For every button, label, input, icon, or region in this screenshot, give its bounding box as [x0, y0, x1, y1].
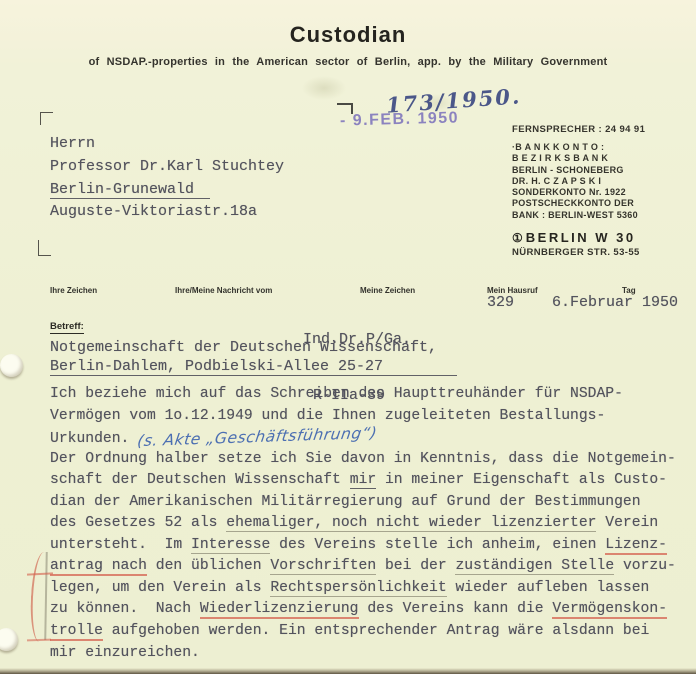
body-text: bei der	[376, 558, 455, 574]
body-text: des Vereins kann die	[359, 601, 553, 617]
body-block: Ich beziehe mich auf das Schreiben des H…	[50, 384, 676, 664]
recipient-text: Herrn	[50, 135, 95, 152]
recipient-block: HerrnProfessor Dr.Karl StuchteyBerlin-Gr…	[50, 133, 284, 224]
body-text: aufgehoben werden. Ein entsprechender An…	[103, 623, 649, 639]
body-text: Lizenz-	[605, 537, 667, 555]
body-text: in meiner Eigenschaft als Custo-	[376, 472, 667, 488]
body-text: des Gesetzes 52 als	[50, 515, 226, 531]
bank-line: ·B A N K K O N T O :	[512, 142, 696, 153]
body-text: dian der Amerikanischen Militärregierung…	[50, 494, 641, 510]
bank-line: B E Z I R K S B A N K	[512, 153, 696, 164]
phone-line: FERNSPRECHER : 24 94 91	[512, 124, 696, 135]
bank-line: DR. H. C Z A P S K I	[512, 176, 696, 187]
recipient-text: Auguste-Viktoriastr.18a	[50, 203, 257, 220]
body-line: zu können. Nach Wiederlizenzierung des V…	[50, 599, 676, 621]
body-line: antrag nach den üblichen Vorschriften be…	[50, 556, 676, 578]
body-text: mir	[350, 472, 376, 489]
bank-line: BANK : BERLIN-WEST 5360	[512, 210, 696, 221]
body-line: trolle aufgehoben werden. Ein entspreche…	[50, 621, 676, 643]
body-text: Vermögen vom 1o.12.1949 und die Ihnen zu…	[50, 408, 605, 424]
body-text: Ich beziehe mich auf das Schreiben des H…	[50, 386, 623, 402]
recipient-text: Professor Dr.Karl Stuchtey	[50, 158, 284, 175]
body-text: zu können. Nach	[50, 601, 200, 617]
contact-block: FERNSPRECHER : 24 94 91 ·B A N K K O N T…	[512, 124, 696, 258]
recipient-line: Professor Dr.Karl Stuchtey	[50, 156, 284, 179]
subject-block: Notgemeinschaft der Deutschen Wissenscha…	[50, 338, 457, 376]
body-text: Vermögenskon-	[552, 601, 667, 619]
body-text: Vorschriften	[270, 558, 376, 575]
body-text: vorzu-	[614, 558, 676, 574]
body-text: zuständigen Stelle	[455, 558, 614, 575]
ref-value-hausruf: 329	[487, 294, 514, 311]
city-text: BERLIN W 30	[526, 230, 636, 245]
body-text: schaft der Deutschen Wissenschaft	[50, 472, 350, 488]
subject-line: Berlin-Dahlem, Podbielski-Allee 25-27	[50, 357, 457, 376]
body-text: den üblichen	[147, 558, 270, 574]
address-window-corner-mark	[38, 240, 51, 256]
city-line: ①BERLIN W 30	[512, 230, 696, 245]
address-window-corner-mark	[40, 112, 53, 125]
bank-line: BERLIN - SCHONEBERG	[512, 165, 696, 176]
red-pencil-underline-extension	[27, 639, 51, 642]
body-text: ehemaliger, noch nicht wieder lizenziert…	[226, 515, 596, 532]
body-line: legen, um den Verein als Rechtspersönlic…	[50, 578, 676, 600]
date-received-stamp: - 9.FEB. 1950	[340, 109, 460, 130]
body-text: antrag nach	[50, 558, 147, 576]
stamp-smudge	[302, 76, 346, 100]
hole-punch	[0, 628, 18, 651]
red-pencil-margin-mark	[29, 552, 52, 643]
body-line: Ich beziehe mich auf das Schreiben des H…	[50, 384, 676, 406]
body-line: untersteht. Im Interesse des Vereins ste…	[50, 535, 676, 557]
hole-punch	[0, 354, 23, 377]
subject-text: Berlin-Dahlem, Podbielski-Allee 25-27	[50, 358, 457, 376]
body-text: des Vereins stelle ich anheim, einen	[270, 537, 605, 553]
body-text: Rechtspersönlichkeit	[270, 580, 446, 597]
subject-text: Notgemeinschaft der Deutschen Wissenscha…	[50, 339, 437, 356]
ref-header-nachricht-vom: Ihre/Meine Nachricht vom	[175, 286, 272, 295]
scanned-letter-page: Custodian of NSDAP.-properties in the Am…	[0, 0, 696, 674]
betreff-label: Betreff:	[50, 321, 84, 334]
bank-block: ·B A N K K O N T O :B E Z I R K S B A N …	[512, 142, 696, 221]
body-line: des Gesetzes 52 als ehemaliger, noch nic…	[50, 513, 676, 535]
body-text: Interesse	[191, 537, 270, 554]
recipient-line: Berlin-Grunewald	[50, 179, 284, 202]
ref-header-ihre-zeichen: Ihre Zeichen	[50, 286, 97, 295]
subject-line: Notgemeinschaft der Deutschen Wissenscha…	[50, 338, 457, 357]
bank-line: SONDERKONTO Nr. 1922	[512, 187, 696, 198]
recipient-line: Herrn	[50, 133, 284, 156]
body-line: schaft der Deutschen Wissenschaft mir in…	[50, 470, 676, 492]
body-line: mir einzureichen.	[50, 643, 676, 665]
body-text: Der Ordnung halber setze ich Sie davon i…	[50, 451, 676, 467]
scan-edge-shadow	[0, 668, 696, 674]
body-text: Wiederlizenzierung	[200, 601, 359, 619]
district-number-icon: ①	[512, 231, 523, 245]
letterhead-title: Custodian	[0, 22, 696, 48]
body-text: legen, um den Verein als	[50, 580, 270, 596]
body-text: wieder aufleben lassen	[447, 580, 650, 596]
recipient-line: Auguste-Viktoriastr.18a	[50, 201, 284, 224]
body-text: trolle	[50, 623, 103, 641]
body-text: Verein	[596, 515, 658, 531]
body-line: dian der Amerikanischen Militärregierung…	[50, 492, 676, 514]
body-text: Urkunden.	[50, 431, 138, 447]
body-text: mir einzureichen.	[50, 645, 200, 661]
letterhead-subtitle: of NSDAP.-properties in the American sec…	[0, 56, 696, 68]
bank-line: POSTSCHECKKONTO DER	[512, 198, 696, 209]
street-line: NÜRNBERGER STR. 53-55	[512, 247, 696, 258]
recipient-text: Berlin-Grunewald	[50, 181, 210, 199]
body-text: untersteht. Im	[50, 537, 191, 553]
ref-value-date: 6.Februar 1950	[552, 294, 678, 311]
body-line: Urkunden. (s. Akte „Geschäftsführung“)	[50, 427, 676, 449]
